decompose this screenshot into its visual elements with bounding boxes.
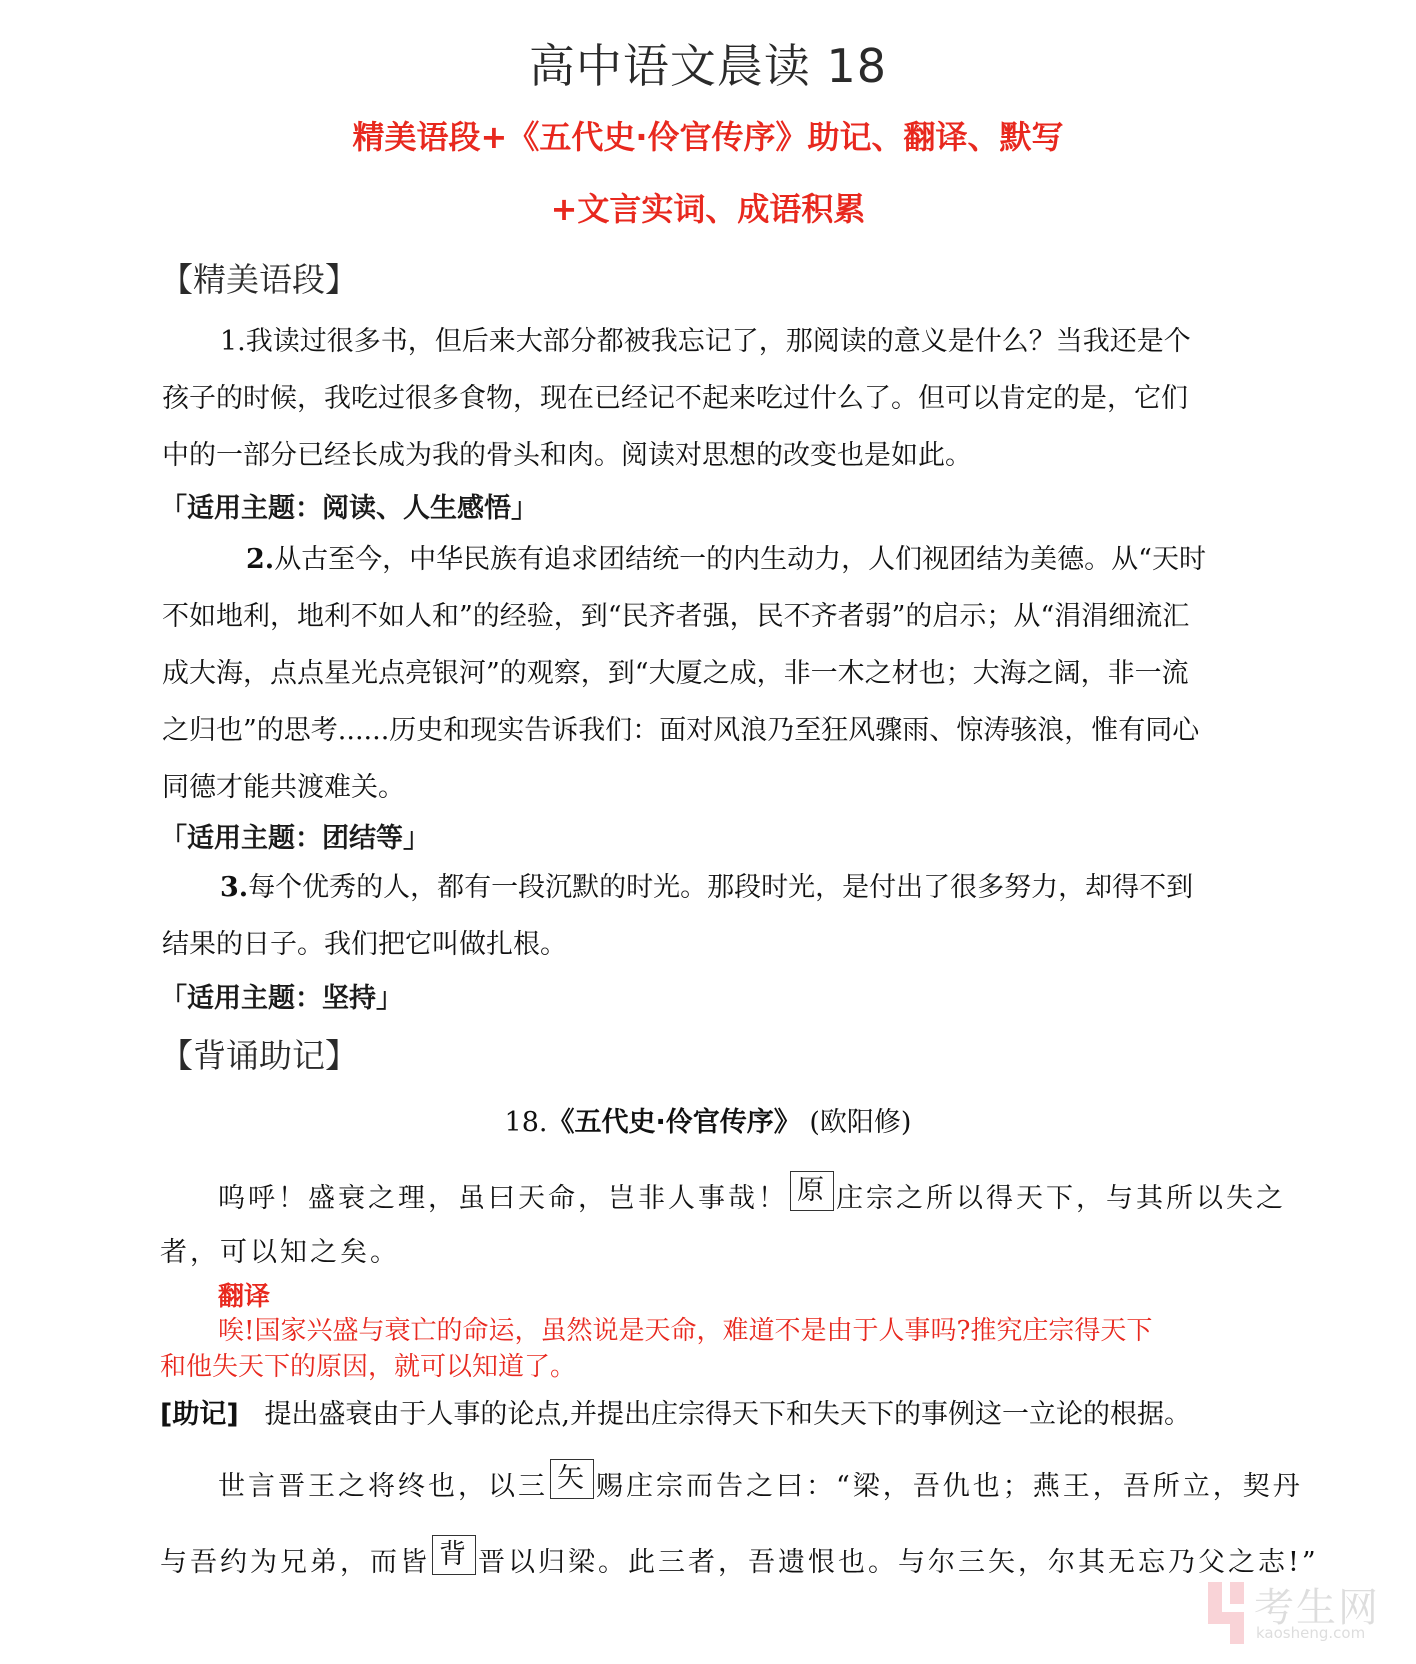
translation-label: 翻译 [218,1276,270,1313]
mnemonic-note: [助记] 提出盛衰由于人事的论点,并提出庄宗得天下和失天下的事例这一立论的根据。 [160,1392,1191,1431]
work-number: 18. [505,1107,548,1138]
excerpt-item-3: 3.每个优秀的人，都有一段沉默的时光。那段时光，是付出了很多努力，却得不到 结果… [162,859,1257,973]
excerpt-line: 同德才能共渡难关。 [162,759,1257,816]
excerpt-line: 结果的日子。我们把它叫做扎根。 [162,916,1257,973]
excerpt-line: 每个优秀的人，都有一段沉默的时光。那段时光，是付出了很多努力，却得不到 [248,872,1193,903]
section-heading-recitation: 【背诵助记】 [160,1030,358,1077]
passage-2-line-2: 与吾约为兄弟，而皆背晋以归梁。此三者，吾遗恨也。与尔三矢，尔其无忘乃父之志!” [160,1540,1319,1583]
work-title: 18.《五代史·伶官传序》 (欧阳修) [0,1100,1416,1139]
boxed-character: 背 [432,1535,476,1575]
excerpt-line: 孩子的时候，我吃过很多食物，现在已经记不起来吃过什么了。但可以肯定的是，它们 [162,370,1257,427]
topic-tag-1: 「适用主题：阅读、人生感悟」 [160,486,538,525]
translation-line-2: 和他失天下的原因，就可以知道了。 [160,1348,576,1386]
passage-2-line-1: 世言晋王之将终也，以三矢赐庄宗而告之曰：“梁，吾仇也；燕王，吾所立，契丹 [218,1464,1303,1507]
excerpt-item-2: 2.从古至今，中华民族有追求团结统一的内生动力，人们视团结为美德。从“天时 不如… [162,531,1257,816]
mnemonic-label: [助记] [160,1399,239,1430]
watermark-text-en: kaosheng.com [1256,1624,1365,1642]
excerpt-item-1: 1.我读过很多书，但后来大部分都被我忘记了，那阅读的意义是什么？当我还是个 孩子… [162,313,1257,484]
work-author: (欧阳修) [809,1107,911,1138]
watermark: 考生网 kaosheng.com [1208,1576,1388,1650]
passage-1-line-1: 呜呼！盛衰之理，虽曰天命，岂非人事哉！原庄宗之所以得天下，与其所以失之 [218,1176,1286,1219]
excerpt-line: 不如地利，地利不如人和”的经验，到“民齐者强，民不齐者弱”的启示；从“涓涓细流汇 [162,588,1257,645]
topic-tag-2: 「适用主题：团结等」 [160,816,430,855]
subtitle-line-2: +文言实词、成语积累 [0,184,1416,230]
mnemonic-text: 提出盛衰由于人事的论点,并提出庄宗得天下和失天下的事例这一立论的根据。 [264,1399,1191,1430]
section-heading-excerpts: 【精美语段】 [160,254,358,301]
translation-line-1: 唉!国家兴盛与衰亡的命运，虽然说是天命，难道不是由于人事吗?推究庄宗得天下 [218,1312,1152,1350]
excerpt-line: 从古至今，中华民族有追求团结统一的内生动力，人们视团结为美德。从“天时 [274,544,1206,575]
excerpt-line: 我读过很多书，但后来大部分都被我忘记了，那阅读的意义是什么？当我还是个 [246,326,1191,357]
excerpt-line: 之归也”的思考......历史和现实告诉我们：面对风浪乃至狂风骤雨、惊涛骇浪，惟… [162,702,1257,759]
document-page: 高中语文晨读 18 精美语段+《五代史·伶官传序》助记、翻译、默写 +文言实词、… [0,0,1416,1664]
passage-1-line-2: 者，可以知之矣。 [160,1230,400,1269]
topic-tag-3: 「适用主题：坚持」 [160,976,403,1015]
boxed-character: 原 [790,1171,834,1211]
page-title: 高中语文晨读 18 [0,30,1416,96]
excerpt-number: 1. [220,326,246,357]
excerpt-number: 3. [220,872,248,903]
subtitle-line-1: 精美语段+《五代史·伶官传序》助记、翻译、默写 [0,112,1416,158]
excerpt-line: 中的一部分已经长成为我的骨头和肉。阅读对思想的改变也是如此。 [162,427,1257,484]
watermark-logo-icon [1208,1582,1244,1644]
boxed-character: 矢 [550,1459,594,1499]
work-name: 《五代史·伶官传序》 [548,1107,801,1138]
excerpt-line: 成大海，点点星光点亮银河”的观察，到“大厦之成，非一木之材也；大海之阔，非一流 [162,645,1257,702]
excerpt-number: 2. [246,544,274,575]
